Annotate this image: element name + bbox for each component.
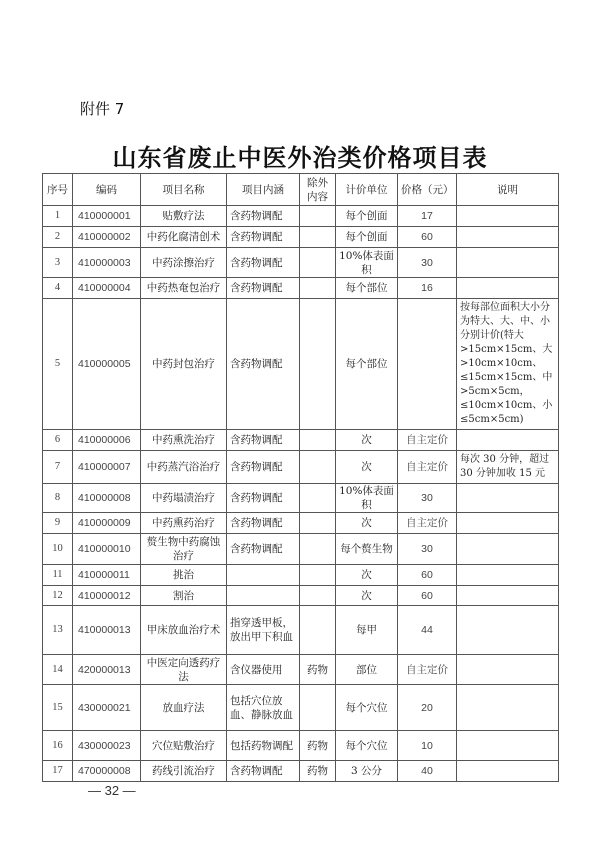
header-content: 项目内涵	[227, 174, 300, 206]
cell-unit: 每个穴位	[336, 731, 398, 761]
cell-unit: 次	[336, 565, 398, 586]
cell-exclude	[300, 299, 336, 430]
cell-price: 40	[398, 761, 457, 782]
cell-note	[457, 430, 559, 451]
cell-name: 挑治	[141, 565, 227, 586]
cell-note	[457, 513, 559, 534]
cell-name: 中药蒸汽浴治疗	[141, 451, 227, 484]
header-price: 价格（元）	[398, 174, 457, 206]
cell-content: 含仪器使用	[227, 655, 300, 685]
cell-exclude	[300, 430, 336, 451]
cell-seq: 11	[43, 565, 73, 586]
table-row: 13410000013甲床放血治疗术指穿透甲板，放出甲下积血每甲44	[43, 606, 559, 655]
cell-content: 含药物调配	[227, 299, 300, 430]
cell-name: 中药封包治疗	[141, 299, 227, 430]
cell-note	[457, 227, 559, 248]
cell-content: 含药物调配	[227, 206, 300, 227]
cell-note	[457, 586, 559, 606]
cell-price: 20	[398, 685, 457, 731]
cell-exclude	[300, 565, 336, 586]
header-note: 说明	[457, 174, 559, 206]
cell-price: 44	[398, 606, 457, 655]
cell-unit: 每个创面	[336, 227, 398, 248]
cell-unit: 次	[336, 451, 398, 484]
cell-exclude	[300, 451, 336, 484]
cell-seq: 6	[43, 430, 73, 451]
cell-name: 药线引流治疗	[141, 761, 227, 782]
cell-name: 割治	[141, 586, 227, 606]
cell-unit: 3 公分	[336, 761, 398, 782]
cell-exclude	[300, 484, 336, 513]
cell-name: 中医定向透药疗法	[141, 655, 227, 685]
table-header-row: 序号 编码 项目名称 项目内涵 除外内容 计价单位 价格（元） 说明	[43, 174, 559, 206]
cell-code: 420000013	[73, 655, 141, 685]
cell-price: 自主定价	[398, 451, 457, 484]
cell-code: 430000023	[73, 731, 141, 761]
cell-code: 410000004	[73, 278, 141, 299]
cell-content: 包括药物调配	[227, 731, 300, 761]
cell-seq: 2	[43, 227, 73, 248]
cell-unit: 每个创面	[336, 206, 398, 227]
cell-seq: 1	[43, 206, 73, 227]
cell-content: 含药物调配	[227, 248, 300, 278]
cell-content: 含药物调配	[227, 513, 300, 534]
cell-unit: 10%体表面积	[336, 484, 398, 513]
cell-seq: 13	[43, 606, 73, 655]
cell-content: 含药物调配	[227, 227, 300, 248]
header-code: 编码	[73, 174, 141, 206]
cell-exclude	[300, 227, 336, 248]
cell-note	[457, 206, 559, 227]
table-row: 8410000008中药塌渍治疗含药物调配10%体表面积30	[43, 484, 559, 513]
cell-seq: 8	[43, 484, 73, 513]
table-row: 14420000013中医定向透药疗法含仪器使用药物部位自主定价	[43, 655, 559, 685]
cell-seq: 12	[43, 586, 73, 606]
price-items-table: 序号 编码 项目名称 项目内涵 除外内容 计价单位 价格（元） 说明 14100…	[42, 173, 559, 782]
cell-code: 470000008	[73, 761, 141, 782]
cell-content: 含药物调配	[227, 430, 300, 451]
cell-name: 中药熏洗治疗	[141, 430, 227, 451]
cell-seq: 7	[43, 451, 73, 484]
page-number: — 32 —	[88, 783, 136, 798]
cell-note: 按每部位面积大小分为特大、大、中、小分别计价(特大>15cm×15cm、大>10…	[457, 299, 559, 430]
cell-unit: 次	[336, 586, 398, 606]
cell-exclude	[300, 278, 336, 299]
header-unit: 计价单位	[336, 174, 398, 206]
cell-price: 30	[398, 484, 457, 513]
cell-seq: 14	[43, 655, 73, 685]
cell-seq: 9	[43, 513, 73, 534]
cell-content: 指穿透甲板，放出甲下积血	[227, 606, 300, 655]
cell-unit: 每甲	[336, 606, 398, 655]
table-row: 11410000011挑治次60	[43, 565, 559, 586]
page-title: 山东省废止中医外治类价格项目表	[0, 138, 600, 173]
table-row: 12410000012割治次60	[43, 586, 559, 606]
cell-content	[227, 586, 300, 606]
cell-name: 放血疗法	[141, 685, 227, 731]
cell-code: 430000021	[73, 685, 141, 731]
cell-name: 贴敷疗法	[141, 206, 227, 227]
cell-content: 含药物调配	[227, 484, 300, 513]
cell-price: 16	[398, 278, 457, 299]
table-row: 1410000001贴敷疗法含药物调配每个创面17	[43, 206, 559, 227]
table-row: 4410000004中药热奄包治疗含药物调配每个部位16	[43, 278, 559, 299]
cell-seq: 5	[43, 299, 73, 430]
cell-note	[457, 731, 559, 761]
cell-name: 中药涂擦治疗	[141, 248, 227, 278]
cell-price: 60	[398, 565, 457, 586]
cell-exclude: 药物	[300, 761, 336, 782]
cell-name: 赘生物中药腐蚀治疗	[141, 534, 227, 565]
cell-seq: 17	[43, 761, 73, 782]
cell-name: 中药熏药治疗	[141, 513, 227, 534]
cell-code: 410000010	[73, 534, 141, 565]
cell-exclude	[300, 685, 336, 731]
cell-note: 每次 30 分钟，超过 30 分钟加收 15 元	[457, 451, 559, 484]
cell-exclude: 药物	[300, 731, 336, 761]
cell-price	[398, 299, 457, 430]
cell-price: 10	[398, 731, 457, 761]
cell-note	[457, 248, 559, 278]
cell-exclude	[300, 534, 336, 565]
attachment-label: 附件 7	[80, 98, 124, 119]
cell-unit: 每个赘生物	[336, 534, 398, 565]
table-row: 3410000003中药涂擦治疗含药物调配10%体表面积30	[43, 248, 559, 278]
table-row: 9410000009中药熏药治疗含药物调配次自主定价	[43, 513, 559, 534]
cell-code: 410000009	[73, 513, 141, 534]
table-row: 15430000021放血疗法包括穴位放血、静脉放血每个穴位20	[43, 685, 559, 731]
table-row: 17470000008药线引流治疗含药物调配药物3 公分40	[43, 761, 559, 782]
cell-unit: 次	[336, 513, 398, 534]
cell-price: 30	[398, 248, 457, 278]
header-seq: 序号	[43, 174, 73, 206]
cell-note	[457, 534, 559, 565]
cell-code: 410000007	[73, 451, 141, 484]
cell-content: 含药物调配	[227, 761, 300, 782]
table-row: 2410000002中药化腐清创术含药物调配每个创面60	[43, 227, 559, 248]
cell-content	[227, 565, 300, 586]
cell-price: 60	[398, 586, 457, 606]
cell-note	[457, 685, 559, 731]
cell-content: 包括穴位放血、静脉放血	[227, 685, 300, 731]
header-exclude: 除外内容	[300, 174, 336, 206]
cell-unit: 每个部位	[336, 278, 398, 299]
table-row: 6410000006中药熏洗治疗含药物调配次自主定价	[43, 430, 559, 451]
cell-seq: 15	[43, 685, 73, 731]
cell-unit: 每个穴位	[336, 685, 398, 731]
cell-code: 410000013	[73, 606, 141, 655]
cell-content: 含药物调配	[227, 278, 300, 299]
cell-price: 自主定价	[398, 513, 457, 534]
cell-code: 410000008	[73, 484, 141, 513]
cell-note	[457, 484, 559, 513]
cell-price: 自主定价	[398, 655, 457, 685]
cell-unit: 每个部位	[336, 299, 398, 430]
table-row: 7410000007中药蒸汽浴治疗含药物调配次自主定价每次 30 分钟，超过 3…	[43, 451, 559, 484]
cell-seq: 16	[43, 731, 73, 761]
cell-note	[457, 761, 559, 782]
cell-seq: 10	[43, 534, 73, 565]
cell-exclude	[300, 606, 336, 655]
cell-note	[457, 565, 559, 586]
cell-code: 410000011	[73, 565, 141, 586]
cell-name: 中药化腐清创术	[141, 227, 227, 248]
cell-name: 中药塌渍治疗	[141, 484, 227, 513]
cell-name: 甲床放血治疗术	[141, 606, 227, 655]
cell-name: 中药热奄包治疗	[141, 278, 227, 299]
cell-content: 含药物调配	[227, 451, 300, 484]
cell-price: 30	[398, 534, 457, 565]
cell-seq: 3	[43, 248, 73, 278]
cell-exclude: 药物	[300, 655, 336, 685]
cell-code: 410000012	[73, 586, 141, 606]
cell-unit: 次	[336, 430, 398, 451]
cell-unit: 10%体表面积	[336, 248, 398, 278]
cell-exclude	[300, 206, 336, 227]
cell-note	[457, 278, 559, 299]
cell-price: 60	[398, 227, 457, 248]
cell-exclude	[300, 248, 336, 278]
header-name: 项目名称	[141, 174, 227, 206]
cell-content: 含药物调配	[227, 534, 300, 565]
cell-exclude	[300, 586, 336, 606]
cell-seq: 4	[43, 278, 73, 299]
table-row: 16430000023穴位贴敷治疗包括药物调配药物每个穴位10	[43, 731, 559, 761]
cell-note	[457, 655, 559, 685]
cell-unit: 部位	[336, 655, 398, 685]
cell-code: 410000001	[73, 206, 141, 227]
cell-note	[457, 606, 559, 655]
cell-name: 穴位贴敷治疗	[141, 731, 227, 761]
cell-exclude	[300, 513, 336, 534]
cell-code: 410000003	[73, 248, 141, 278]
cell-price: 17	[398, 206, 457, 227]
cell-code: 410000002	[73, 227, 141, 248]
table-row: 5410000005中药封包治疗含药物调配每个部位按每部位面积大小分为特大、大、…	[43, 299, 559, 430]
table-row: 10410000010赘生物中药腐蚀治疗含药物调配每个赘生物30	[43, 534, 559, 565]
cell-code: 410000006	[73, 430, 141, 451]
cell-price: 自主定价	[398, 430, 457, 451]
cell-code: 410000005	[73, 299, 141, 430]
